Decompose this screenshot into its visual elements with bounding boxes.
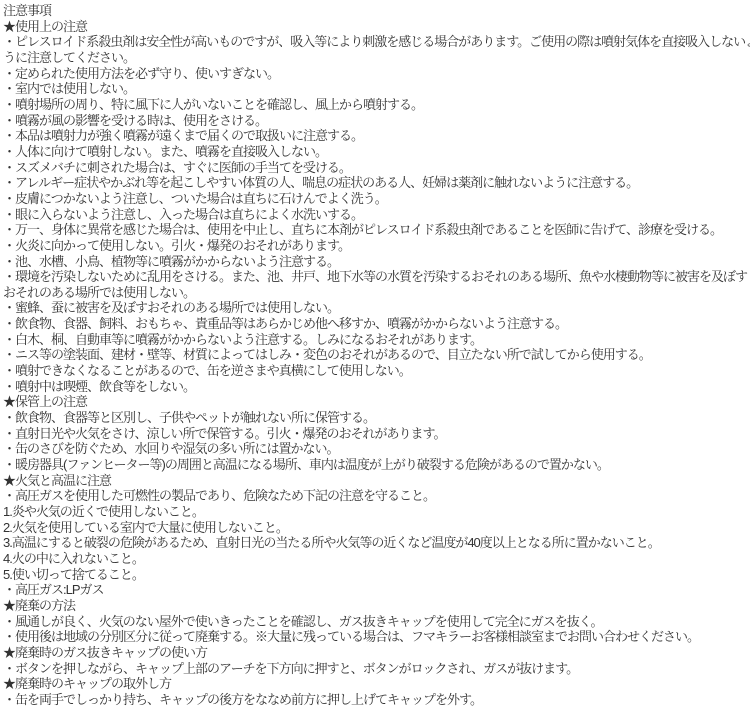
caution-line: 1.炎や火気の近くで使用しないこと。 xyxy=(3,504,750,520)
caution-line: ・暖房器具(ファンヒーター等)の周囲と高温になる場所、車内は温度が上がり破裂する… xyxy=(3,457,750,473)
caution-line: 4.火の中に入れないこと。 xyxy=(3,551,750,567)
caution-line: ・噴射中は喫煙、飲食等をしない。 xyxy=(3,379,750,395)
caution-line: ・ニス等の塗装面、建材・壁等、材質によってはしみ・変色のおそれがあるので、目立た… xyxy=(3,347,750,363)
caution-line-continuation: うに注意してください。 xyxy=(3,50,750,66)
caution-line: ・使用後は地域の分別区分に従って廃棄する。※大量に残っている場合は、フマキラーお… xyxy=(3,629,750,645)
section-heading-disposal: ★廃棄の方法 xyxy=(3,598,750,614)
caution-line: ・高圧ガスを使用した可燃性の製品であり、危険なため下記の注意を守ること。 xyxy=(3,488,750,504)
caution-line: ・アレルギー症状やかぶれ等を起こしやすい体質の人、喘息の症状のある人、妊婦は薬剤… xyxy=(3,175,750,191)
caution-line: ・噴射場所の周り、特に風下に人がいないことを確認し、風上から噴射する。 xyxy=(3,97,750,113)
caution-line: ・缶を両手でしっかり持ち、キャップの後方をななめ前方に押し上げてキャップを外す。 xyxy=(3,692,750,708)
caution-line: ・室内では使用しない。 xyxy=(3,81,750,97)
caution-line: ・スズメバチに刺された場合は、すぐに医師の手当てを受ける。 xyxy=(3,160,750,176)
section-heading-gas-cap-usage: ★廃棄時のガス抜きキャップの使い方 xyxy=(3,645,750,661)
caution-document: 注意事項 ★使用上の注意 ・ピレスロイド系殺虫剤は安全性が高いものですが、吸入等… xyxy=(0,0,750,724)
caution-line: ・噴霧が風の影響を受ける時は、使用をさける。 xyxy=(3,113,750,129)
section-heading-cap-removal: ★廃棄時のキャップの取外し方 xyxy=(3,676,750,692)
caution-line: ・風通しが良く、火気のない屋外で使いきったことを確認し、ガス抜きキャップを使用し… xyxy=(3,614,750,630)
caution-line: ・直射日光や火気をさけ、涼しい所で保管する。引火・爆発のおそれがあります。 xyxy=(3,426,750,442)
caution-line: 5.使い切って捨てること。 xyxy=(3,567,750,583)
caution-line: 2.火気を使用している室内で大量に使用しないこと。 xyxy=(3,520,750,536)
caution-line: ・高圧ガス:LPガス xyxy=(3,582,750,598)
page-title: 注意事項 xyxy=(3,3,750,19)
caution-line: ・池、水槽、小鳥、植物等に噴霧がかからないよう注意する。 xyxy=(3,254,750,270)
caution-line: ・環境を汚染しないために乱用をさける。また、池、井戸、地下水等の水質を汚染するお… xyxy=(3,269,750,285)
caution-line: ・缶のさびを防ぐため、水回りや湿気の多い所には置かない。 xyxy=(3,441,750,457)
section-heading-storage: ★保管上の注意 xyxy=(3,394,750,410)
caution-line: ・ピレスロイド系殺虫剤は安全性が高いものですが、吸入等により刺激を感じる場合があ… xyxy=(3,34,750,50)
section-heading-usage: ★使用上の注意 xyxy=(3,19,750,35)
caution-line: ・本品は噴射力が強く噴霧が遠くまで届くので取扱いに注意する。 xyxy=(3,128,750,144)
caution-line: ・飲食物、食器等と区別し、子供やペットが触れない所に保管する。 xyxy=(3,410,750,426)
caution-line: ・ボタンを押しながら、キャップ上部のアーチを下方向に押すと、ボタンがロックされ、… xyxy=(3,661,750,677)
caution-line: ・飲食物、食器、飼料、おもちゃ、貴重品等はあらかじめ他へ移すか、噴霧がかからない… xyxy=(3,316,750,332)
caution-line: ・白木、桐、自動車等に噴霧がかからないよう注意する。しみになるおそれがあります。 xyxy=(3,332,750,348)
caution-line: ・噴射できなくなることがあるので、缶を逆さまや真横にして使用しない。 xyxy=(3,363,750,379)
caution-line: ・皮膚につかないよう注意し、ついた場合は直ちに石けんでよく洗う。 xyxy=(3,191,750,207)
caution-line: ・人体に向けて噴射しない。また、噴霧を直接吸入しない。 xyxy=(3,144,750,160)
caution-line: ・定められた使用方法を必ず守り、使いすぎない。 xyxy=(3,66,750,82)
caution-line: ・眼に入らないよう注意し、入った場合は直ちによく水洗いする。 xyxy=(3,207,750,223)
caution-line-continuation: おそれのある場所では使用しない。 xyxy=(3,285,750,301)
caution-line: ・火炎に向かって使用しない。引火・爆発のおそれがあります。 xyxy=(3,238,750,254)
section-heading-fire-heat: ★火気と高温に注意 xyxy=(3,473,750,489)
caution-line: ・蜜蜂、蚕に被害を及ぼすおそれのある場所では使用しない。 xyxy=(3,300,750,316)
caution-line: 3.高温にすると破裂の危険があるため、直射日光の当たる所や火気等の近くなど温度が… xyxy=(3,535,750,551)
caution-line: ・万一、身体に異常を感じた場合は、使用を中止し、直ちに本剤がピレスロイド系殺虫剤… xyxy=(3,222,750,238)
